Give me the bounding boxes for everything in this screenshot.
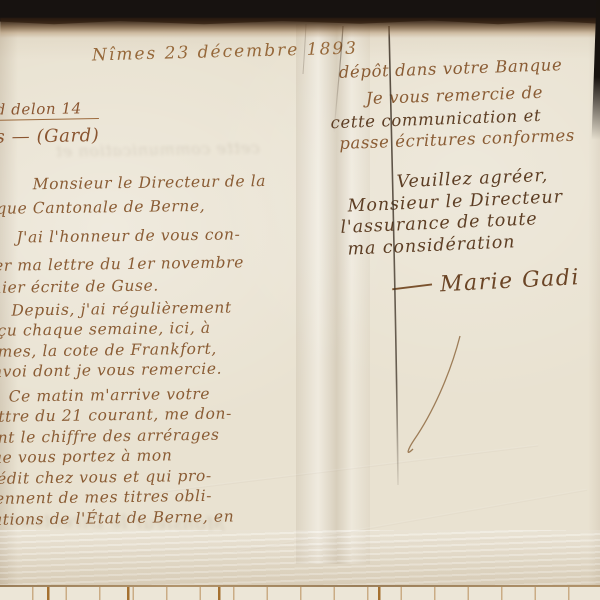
- letterhead-department-line: es — (Gard): [0, 125, 100, 148]
- letter-photograph: cette communication et Monsieur le Direc…: [0, 0, 600, 600]
- paper-wrinkle: [233, 489, 588, 553]
- scan-frame-top: [0, 0, 600, 27]
- dateline: Nîmes 23 décembre 1893: [92, 39, 358, 66]
- letterhead-street-line: ond delon 14: [0, 99, 99, 121]
- signature-flourish-dash: [392, 283, 432, 289]
- letter-line: dernier écrite de Guse.: [0, 274, 268, 299]
- bottom-fold-edge: [0, 530, 600, 586]
- letter-line: Banque Cantonale de Berne,: [0, 195, 267, 220]
- underlying-ruled-sheet-edge: [0, 587, 600, 600]
- paper-wrinkle: [60, 536, 560, 555]
- letter-line: J'ai l'honneur de vous con-: [16, 224, 267, 248]
- signature: Marie Gadi: [391, 265, 580, 300]
- letter-line: gations de l'État de Berne, en: [0, 506, 271, 531]
- letter-line: lettre du 21 courant, me don-: [0, 403, 269, 427]
- pen-flourish-stroke: [408, 336, 460, 452]
- letter-right-column: dépôt dans votre Banque Je vous remercie…: [328, 54, 575, 154]
- letter-line: dépôt dans votre Banque: [338, 54, 572, 83]
- letter-line: firmer ma lettre du 1er novembre: [0, 252, 267, 277]
- letter-line: envoi dont je vous remercie.: [0, 358, 269, 382]
- letter-closing: Veuillez agréer, Monsieur le Directeur l…: [338, 165, 565, 261]
- letter-left-column: Monsieur le Directeur de la Banque Canto…: [0, 171, 271, 530]
- letter-line: Monsieur le Directeur de la: [33, 171, 267, 195]
- letterhead: ond delon 14 es — (Gard): [0, 99, 100, 148]
- signature-name: Marie Gadi: [439, 265, 580, 297]
- letter-line: Depuis, j'ai régulièrement: [11, 297, 268, 321]
